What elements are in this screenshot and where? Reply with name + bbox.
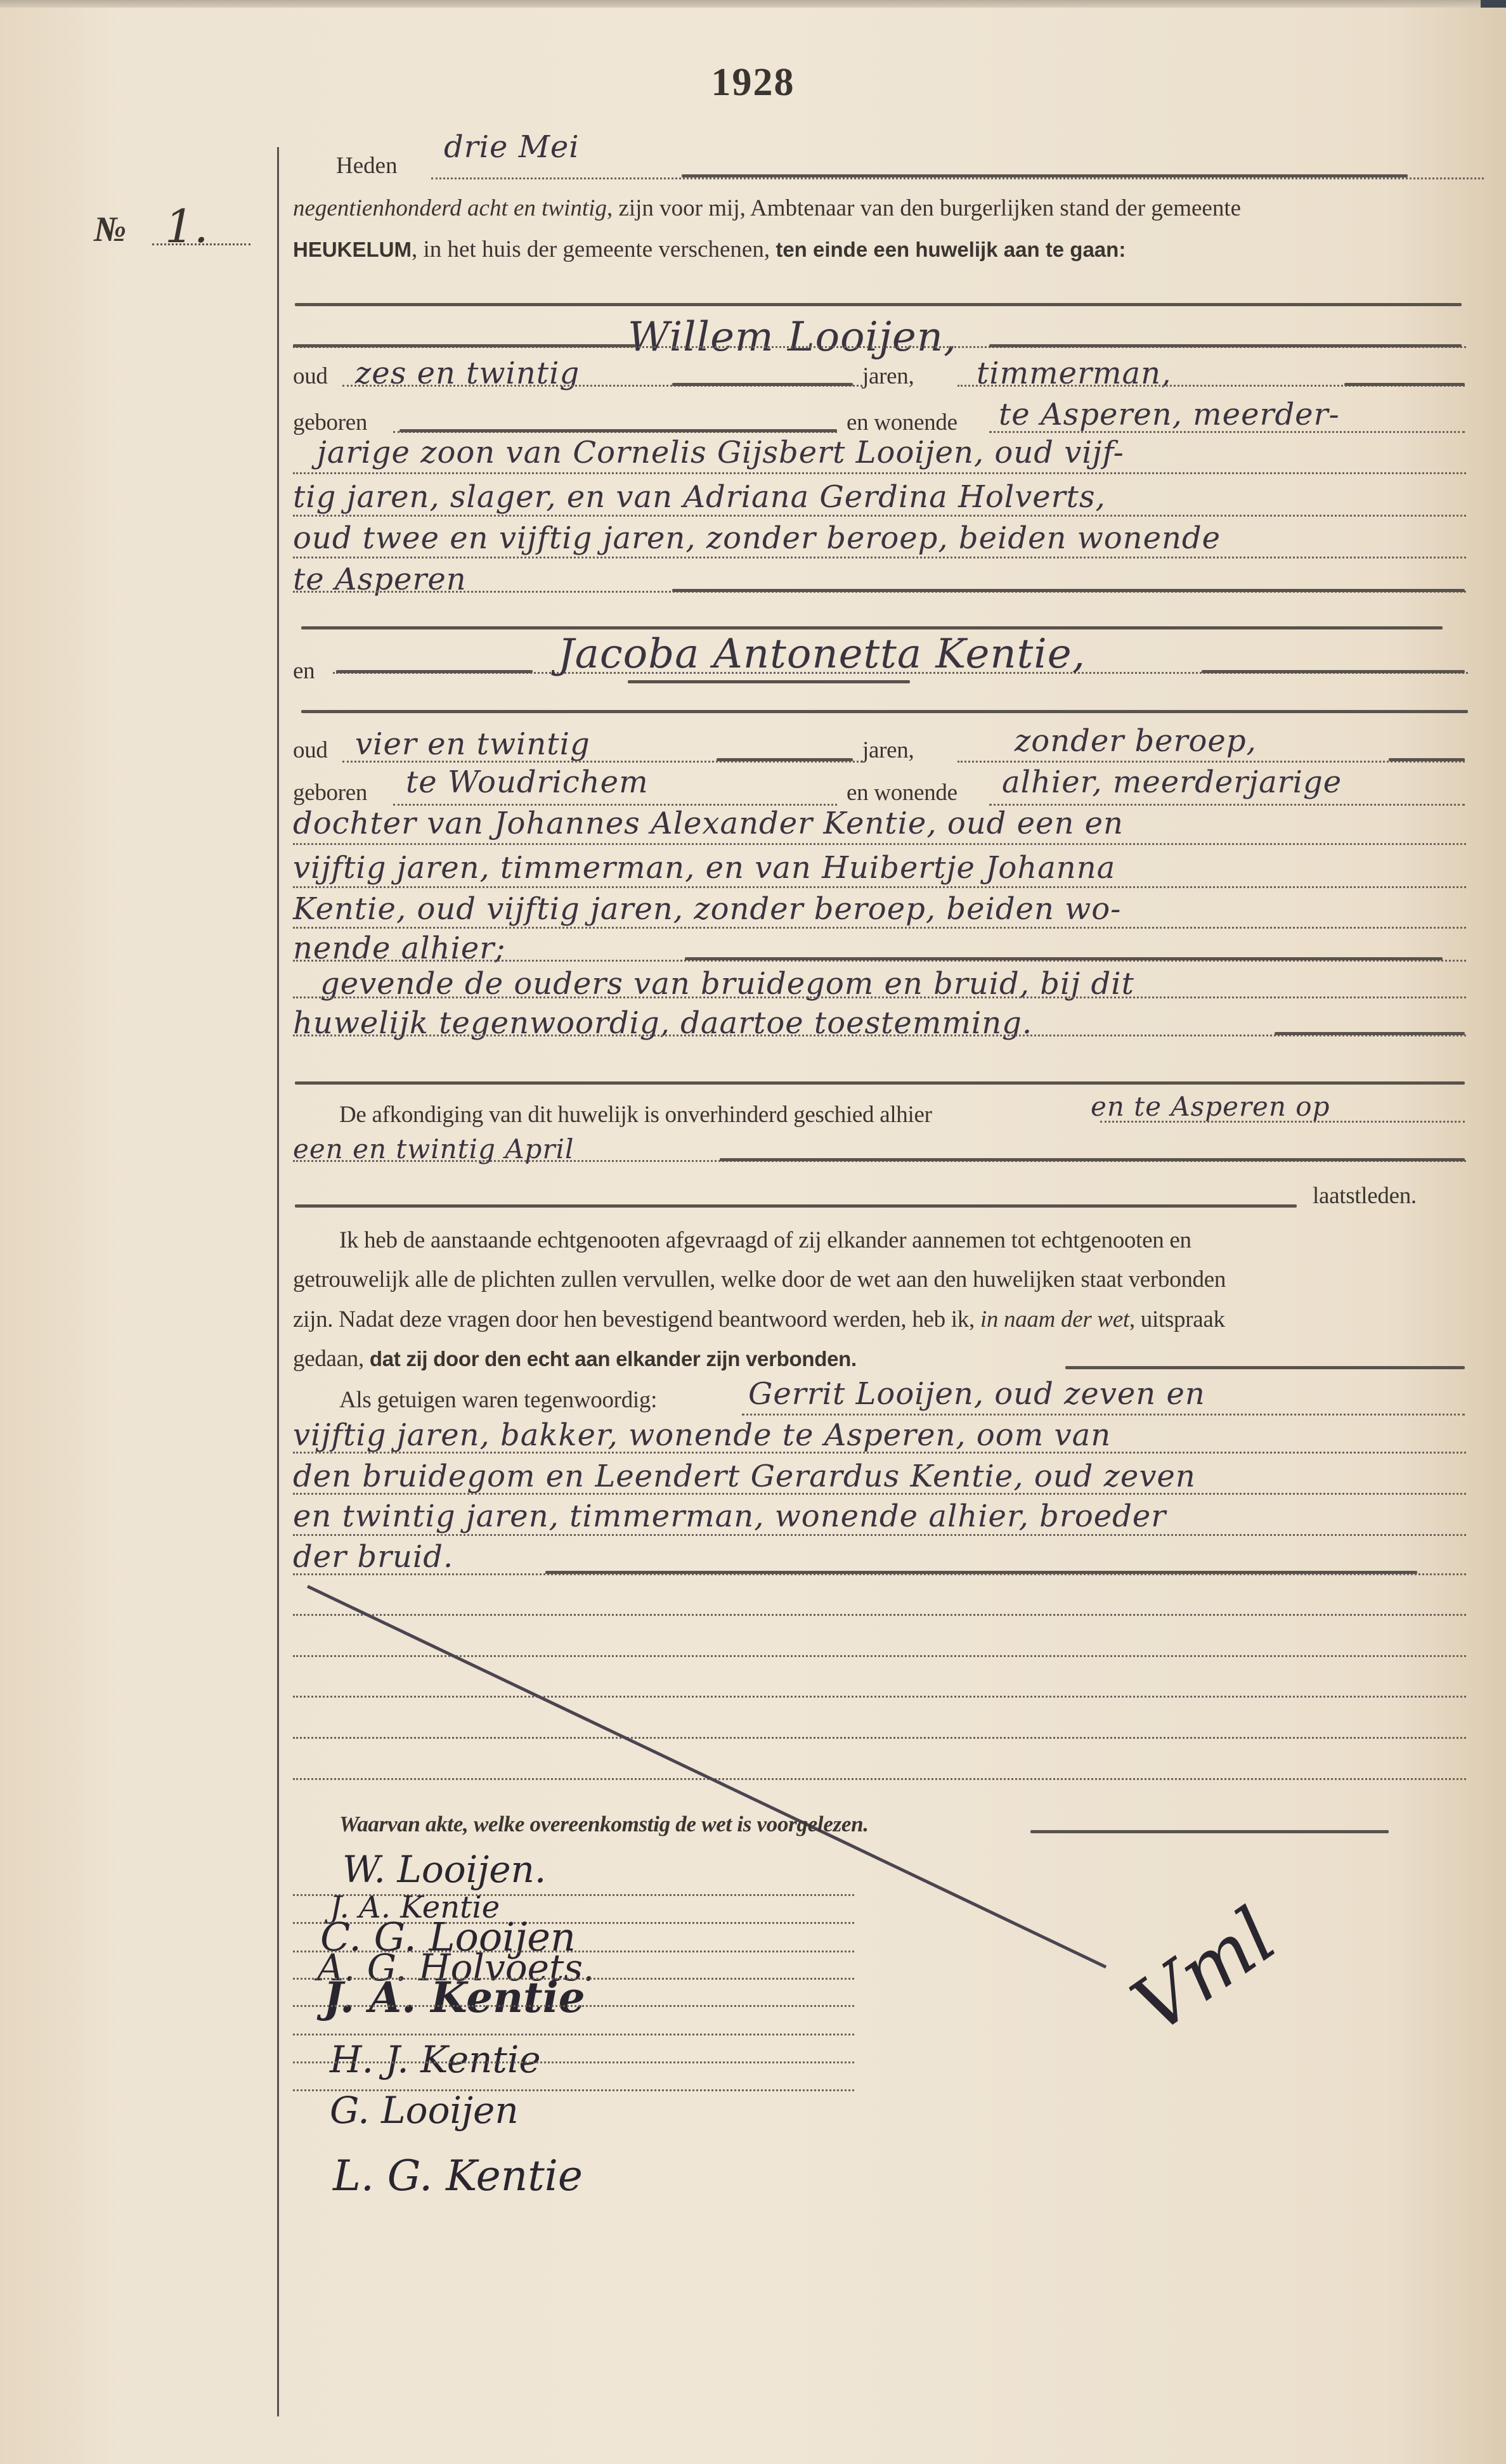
declaration-end-bar xyxy=(1065,1366,1465,1369)
bride-detail-bar-6 xyxy=(1275,1032,1465,1035)
groom-top-bar xyxy=(295,303,1462,306)
witness-end-bar xyxy=(545,1571,1417,1574)
groom-detail-dots-1 xyxy=(293,472,1466,474)
declaration-line-4-a: gedaan, xyxy=(293,1346,370,1372)
witness-dots-3 xyxy=(293,1493,1466,1495)
bride-detail-2: vijftig jaren, timmerman, en van Huibert… xyxy=(293,853,1115,883)
declaration-line-3-b: , uitspraak xyxy=(1129,1306,1225,1332)
bride-geboren-label: geboren xyxy=(293,781,367,804)
blank-dots-1 xyxy=(293,1614,1466,1616)
groom-detail-1: jarige zoon van Cornelis Gijsbert Looije… xyxy=(317,437,1124,468)
bride-detail-bar-4 xyxy=(685,957,1443,960)
bride-detail-dots-5 xyxy=(293,997,1466,998)
groom-detail-dots-3 xyxy=(293,557,1466,558)
bride-name: Jacoba Antonetta Kentie, xyxy=(558,634,1086,674)
blank-dots-3 xyxy=(293,1696,1466,1698)
bride-sep-bar xyxy=(301,710,1468,713)
bride-detail-dots-2 xyxy=(293,886,1466,888)
register-year: 1928 xyxy=(0,60,1506,105)
declaration-line-2: getrouwelijk alle de plichten zullen ver… xyxy=(293,1268,1226,1291)
heden-label: Heden xyxy=(336,154,398,177)
bride-detail-3: Kentie, oud vijftig jaren, zonder beroep… xyxy=(293,894,1121,924)
groom-detail-4: te Asperen xyxy=(293,564,467,595)
record-number-label: № xyxy=(94,209,126,250)
declaration-line-3: zijn. Nadat deze vragen door hen bevesti… xyxy=(293,1308,1225,1331)
groom-residence-dots xyxy=(989,431,1465,433)
groom-oud-label: oud xyxy=(293,364,328,388)
year-words: negentienhonderd acht en twintig xyxy=(293,195,607,221)
declaration-line-4-bold: dat zij door den echt aan elkander zijn … xyxy=(370,1347,857,1371)
bride-age: vier en twintig xyxy=(355,729,590,759)
laatstleden-label: laatstleden. xyxy=(1313,1184,1417,1208)
bride-detail-dots-3 xyxy=(293,927,1466,929)
closing-bar xyxy=(1030,1830,1389,1833)
bride-birthplace: te Woudrichem xyxy=(406,767,649,797)
witness-line-4: en twintig jaren, timmerman, wonende alh… xyxy=(293,1501,1166,1532)
groom-age-bar xyxy=(672,383,853,386)
binding-edge xyxy=(1481,0,1506,8)
date-dotted-line xyxy=(431,177,1484,179)
groom-residence: te Asperen, meerder- xyxy=(999,399,1340,430)
signature-witness-2: L. G. Kentie xyxy=(333,2155,583,2197)
bride-name-bar-right xyxy=(1202,670,1465,673)
groom-detail-dots-2 xyxy=(293,515,1466,517)
groom-occupation-bar xyxy=(1344,383,1465,386)
blank-dots-2 xyxy=(293,1655,1466,1657)
groom-birthplace-bar xyxy=(399,429,837,432)
signature-father-bride: J. A. Kentie xyxy=(323,1977,585,2018)
closing-text: Waarvan akte, welke overeenkomstig de we… xyxy=(339,1813,869,1835)
proclamation-text: De afkondiging van dit huwelijk is onver… xyxy=(339,1103,932,1126)
date-fill-bar xyxy=(682,174,1408,177)
bride-detail-dots-1 xyxy=(293,843,1466,845)
intro-line-2-rest: , in het huis der gemeente verschenen, xyxy=(412,236,776,262)
intro-line-1: negentienhonderd acht en twintig, zijn v… xyxy=(293,197,1241,220)
proclamation-places: en te Asperen op xyxy=(1091,1093,1330,1120)
bride-age-bar xyxy=(717,758,853,761)
witness-dots-1 xyxy=(742,1414,1465,1416)
intro-line-2: HEUKELUM, in het huis der gemeente versc… xyxy=(293,238,1126,261)
laatstleden-bar xyxy=(295,1204,1297,1208)
sig-dots-8 xyxy=(293,2089,854,2091)
signature-groom: W. Looijen. xyxy=(342,1851,546,1888)
bride-occupation-bar xyxy=(1389,758,1465,761)
groom-detail-3: oud twee en vijftig jaren, zonder beroep… xyxy=(293,523,1221,553)
bride-en-label: en xyxy=(293,659,315,683)
proclamation-dots xyxy=(1100,1121,1465,1123)
declaration-line-1: Ik heb de aanstaande echtgenooten afgevr… xyxy=(339,1229,1191,1252)
signature-mother-bride: H. J. Kentie xyxy=(330,2041,541,2078)
bride-detail-6: huwelijk tegenwoordig, daartoe toestemmi… xyxy=(293,1008,1032,1038)
blank-dots-4 xyxy=(293,1737,1466,1739)
sig-dots-6 xyxy=(293,2034,854,2035)
bride-wonende-label: en wonende xyxy=(847,781,957,804)
witnesses-label: Als getuigen waren tegenwoordig: xyxy=(339,1388,657,1412)
declaration-line-3-a: zijn. Nadat deze vragen door hen bevesti… xyxy=(293,1306,980,1332)
witness-line-3: den bruidegom en Leendert Gerardus Kenti… xyxy=(293,1461,1196,1492)
page-top-edge xyxy=(0,0,1506,8)
witness-dots-2 xyxy=(293,1452,1466,1454)
groom-age: zes en twintig xyxy=(355,358,580,389)
bride-name-bar-left xyxy=(336,670,533,673)
signature-official: Vml xyxy=(1120,1897,1288,2046)
groom-name: Willem Looijen, xyxy=(628,317,957,358)
in-naam-der-wet: in naam der wet xyxy=(980,1306,1129,1332)
bride-detail-4: nende alhier; xyxy=(293,933,505,964)
municipality: HEUKELUM xyxy=(293,238,412,261)
intro-line-1-rest: , zijn voor mij, Ambtenaar van den burge… xyxy=(607,195,1241,221)
groom-end-bar xyxy=(672,589,1465,592)
bride-end-bar xyxy=(295,1081,1465,1085)
signature-witness-1: G. Looijen xyxy=(330,2092,519,2129)
witness-dots-4 xyxy=(293,1534,1466,1536)
groom-detail-2: tig jaren, slager, en van Adriana Gerdin… xyxy=(293,482,1106,512)
groom-wonende-label: en wonende xyxy=(847,411,957,434)
bride-top-bar xyxy=(301,626,1443,629)
witness-line-5: der bruid. xyxy=(293,1542,453,1572)
margin-rule xyxy=(277,147,279,2416)
groom-jaren-label: jaren, xyxy=(862,364,914,388)
intro-line-2-bold: ten einde een huwelijk aan te gaan: xyxy=(776,238,1126,261)
groom-name-bar-right xyxy=(989,344,1462,347)
bride-detail-1: dochter van Johannes Alexander Kentie, o… xyxy=(293,808,1124,839)
proclamation-date: een en twintig April xyxy=(293,1136,574,1163)
blank-dots-5 xyxy=(293,1778,1466,1780)
bride-jaren-label: jaren, xyxy=(862,739,914,762)
bride-oud-label: oud xyxy=(293,739,328,762)
declaration-line-4: gedaan, dat zij door den echt aan elkand… xyxy=(293,1347,857,1371)
witness-line-2: vijftig jaren, bakker, wonende te Aspere… xyxy=(293,1420,1111,1450)
bride-occupation: zonder beroep, xyxy=(1015,726,1257,756)
record-number-dots xyxy=(152,243,250,245)
groom-occupation: timmerman, xyxy=(977,358,1171,389)
date-handwritten: drie Mei xyxy=(444,132,580,162)
groom-name-bar-left xyxy=(293,344,635,347)
proclamation-date-bar xyxy=(720,1158,1465,1161)
bride-name-underline xyxy=(628,680,910,683)
witness-line-1: Gerrit Looijen, oud zeven en xyxy=(748,1379,1205,1409)
groom-geboren-label: geboren xyxy=(293,411,367,434)
bride-residence: alhier, meerderjarige xyxy=(1002,767,1342,797)
bride-detail-5: gevende de ouders van bruidegom en bruid… xyxy=(320,969,1134,999)
sig-dots-5 xyxy=(293,2005,854,2007)
sig-dots-7 xyxy=(293,2061,854,2063)
